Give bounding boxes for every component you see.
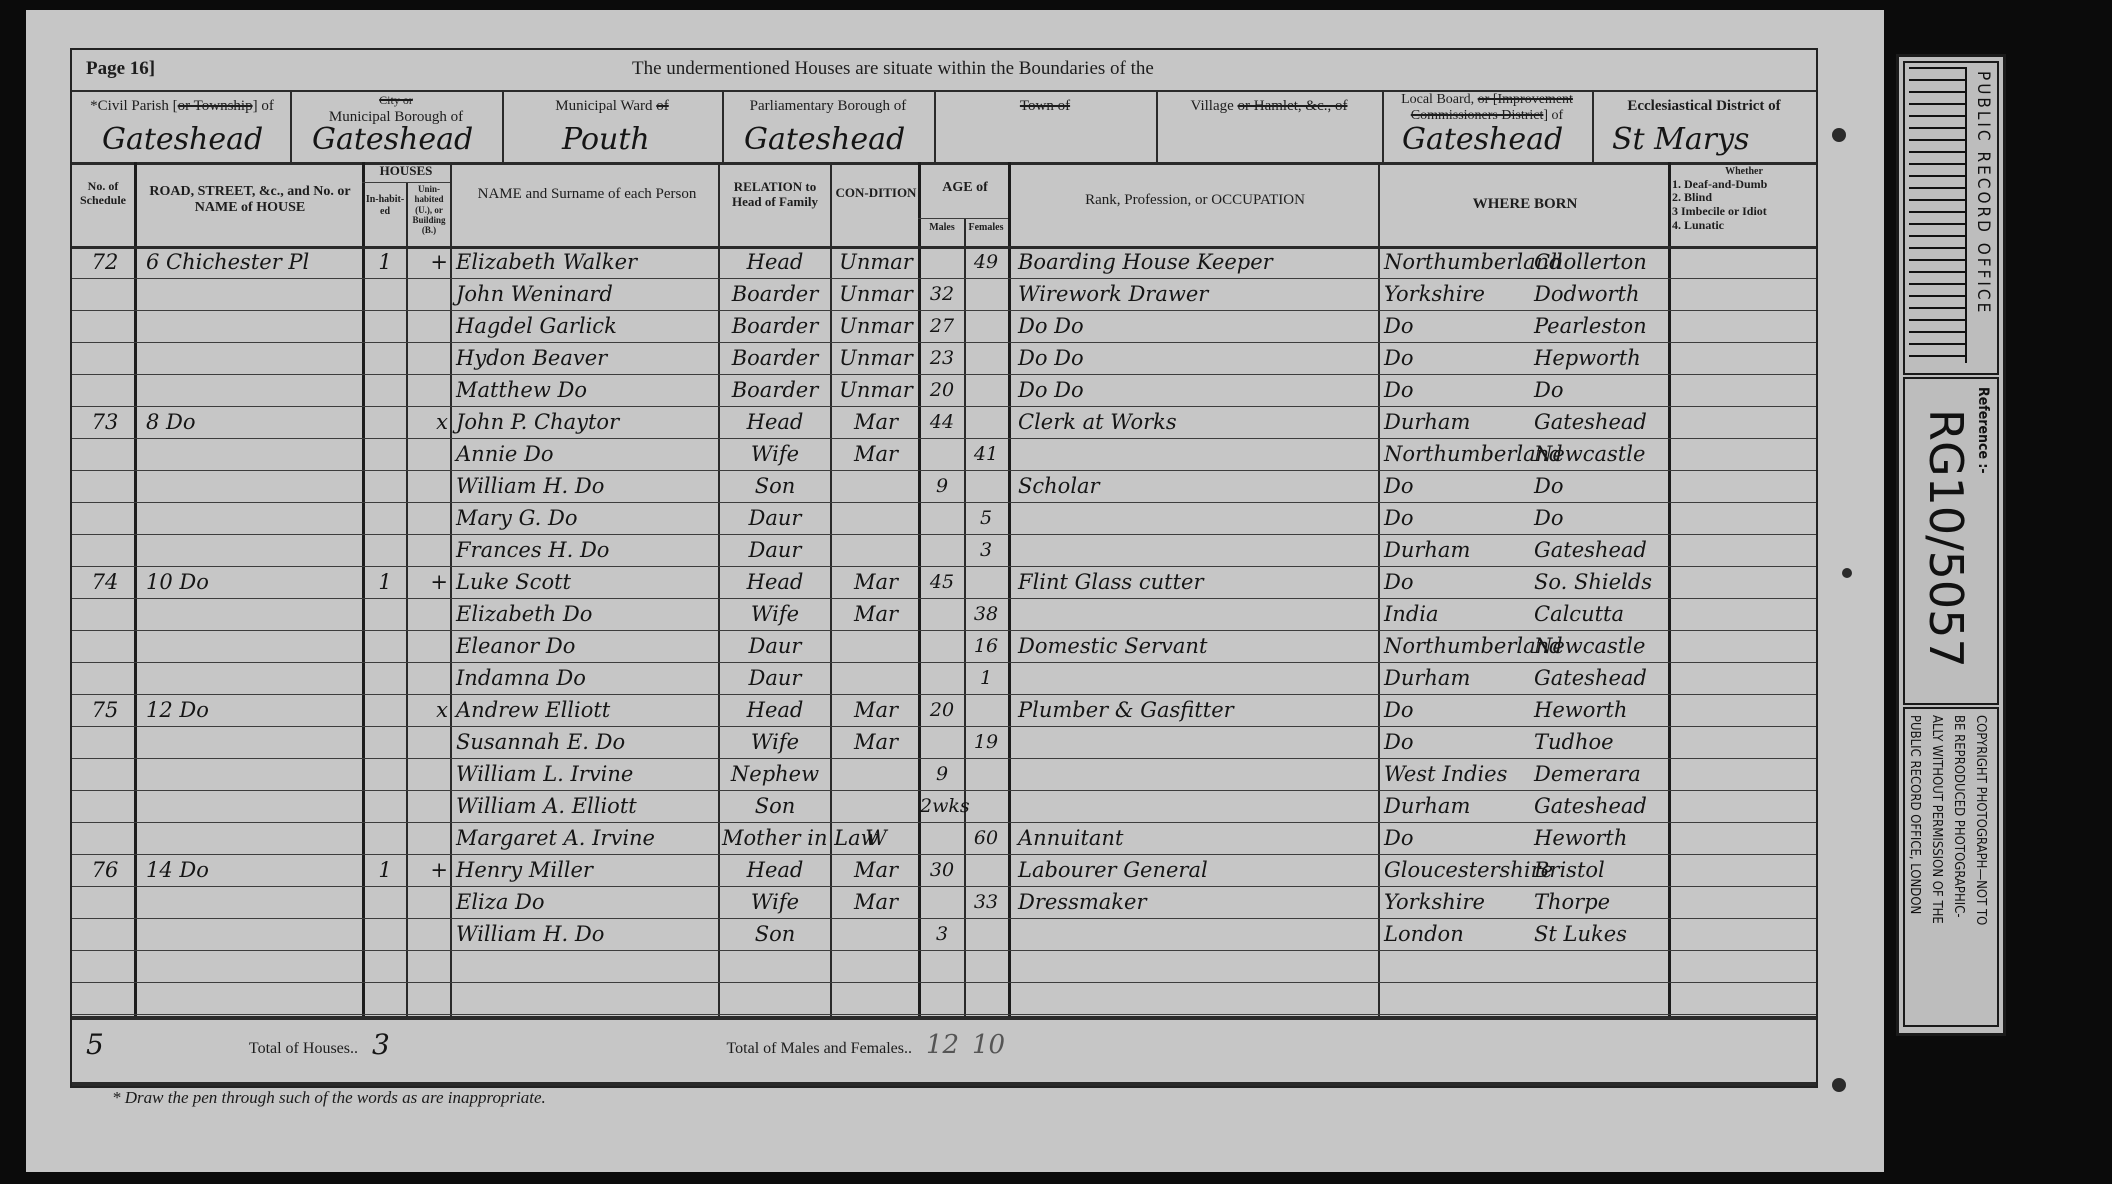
occupation-cell: Dressmaker [1018, 886, 1374, 918]
born-place-cell: Tudhoe [1534, 726, 1668, 758]
male-age-cell [920, 246, 964, 278]
born-place-cell: Heworth [1534, 822, 1668, 854]
condition-cell: Mar [834, 566, 918, 598]
condition-cell [834, 502, 918, 534]
schedule-cell [80, 374, 130, 406]
occupation-cell: Clerk at Works [1018, 406, 1374, 438]
total-males: 12 [926, 1030, 959, 1060]
boundary-ward-value: Pouth [562, 122, 650, 157]
name-cell: Elizabeth Walker [456, 246, 716, 278]
relation-cell: Daur [722, 630, 828, 662]
inhabited-cell [364, 598, 406, 630]
footnote: * Draw the pen through such of the words… [112, 1088, 546, 1108]
schedule-cell [80, 630, 130, 662]
relation-cell: Daur [722, 662, 828, 694]
road-cell [146, 438, 356, 470]
road-cell [146, 470, 356, 502]
occupation-cell [1018, 438, 1374, 470]
inhabited-cell [364, 470, 406, 502]
born-place-cell: Do [1534, 374, 1668, 406]
schedule-cell [80, 310, 130, 342]
schedule-cell [80, 470, 130, 502]
occupation-cell: Labourer General [1018, 854, 1374, 886]
male-age-cell [920, 502, 964, 534]
mark-cell [412, 598, 448, 630]
name-cell: Eleanor Do [456, 630, 716, 662]
mark-cell: x [412, 694, 448, 726]
schedule-cell: 72 [80, 246, 130, 278]
male-age-cell: 9 [920, 470, 964, 502]
boundary-civil-parish-label: *Civil Parish [or Township] of [74, 98, 290, 115]
female-age-cell: 3 [964, 534, 1008, 566]
female-age-cell [964, 406, 1008, 438]
name-cell: Indamna Do [456, 662, 716, 694]
row-line [72, 1014, 1816, 1015]
born-place-cell: So. Shields [1534, 566, 1668, 598]
occupation-cell: Do Do [1018, 374, 1374, 406]
condition-cell [834, 758, 918, 790]
road-cell [146, 822, 356, 854]
born-county-cell: Gloucestershire [1384, 854, 1534, 886]
inhabited-cell [364, 278, 406, 310]
binding-hole [1842, 568, 1852, 578]
name-cell: Matthew Do [456, 374, 716, 406]
name-cell: Mary G. Do [456, 502, 716, 534]
stamp-scale-section: PUBLIC RECORD OFFICE [1903, 61, 1999, 375]
born-county-cell: Northumberland [1384, 438, 1534, 470]
schedule-cell [80, 502, 130, 534]
page-heading: The undermentioned Houses are situate wi… [632, 58, 1432, 80]
female-age-cell: 49 [964, 246, 1008, 278]
col-divider [830, 162, 832, 1018]
occupation-cell [1018, 918, 1374, 950]
occupation-cell: Boarding House Keeper [1018, 246, 1374, 278]
boundary-town-label: Town of [934, 98, 1156, 115]
condition-cell [834, 630, 918, 662]
total-schedules: 5 [86, 1028, 104, 1061]
stamp-reference-label: Reference :- [1975, 387, 1991, 474]
name-cell: William A. Elliott [456, 790, 716, 822]
born-county-cell: Durham [1384, 662, 1534, 694]
binding-hole [1832, 128, 1846, 142]
born-county-cell: India [1384, 598, 1534, 630]
relation-cell: Boarder [722, 310, 828, 342]
stamp-reference-section: Reference :- RG10/5057 [1903, 377, 1999, 705]
road-cell [146, 662, 356, 694]
inhabited-cell [364, 758, 406, 790]
female-age-cell: 38 [964, 598, 1008, 630]
female-age-cell: 41 [964, 438, 1008, 470]
inhabited-cell: 1 [364, 246, 406, 278]
mark-cell [412, 662, 448, 694]
inhabited-cell [364, 630, 406, 662]
condition-cell: Mar [834, 438, 918, 470]
col-divider [1668, 162, 1671, 1018]
condition-cell [834, 470, 918, 502]
occupation-cell: Plumber & Gasfitter [1018, 694, 1374, 726]
occupation-cell [1018, 598, 1374, 630]
name-cell: Elizabeth Do [456, 598, 716, 630]
relation-cell: Daur [722, 534, 828, 566]
boundary-ecclesiastical-value: St Marys [1612, 122, 1749, 157]
col-header-females: Females [964, 222, 1008, 234]
schedule-cell: 74 [80, 566, 130, 598]
mark-cell [412, 278, 448, 310]
condition-cell: Unmar [834, 374, 918, 406]
divider [72, 1016, 1816, 1020]
born-place-cell: Hepworth [1534, 342, 1668, 374]
boundary-ecclesiastical-label: Ecclesiastical District of [1592, 98, 1816, 115]
total-houses-value: 3 [372, 1028, 390, 1061]
male-age-cell: 44 [920, 406, 964, 438]
col-divider [1008, 162, 1011, 1018]
relation-cell: Head [722, 246, 828, 278]
schedule-cell: 76 [80, 854, 130, 886]
occupation-cell: Do Do [1018, 310, 1374, 342]
stamp-ruler [1909, 67, 1967, 363]
condition-cell [834, 534, 918, 566]
female-age-cell [964, 918, 1008, 950]
divider [918, 218, 1008, 219]
born-county-cell: Yorkshire [1384, 886, 1534, 918]
born-county-cell: Durham [1384, 534, 1534, 566]
col-header-houses: HOUSES [362, 164, 450, 179]
born-county-cell: Do [1384, 726, 1534, 758]
schedule-cell [80, 758, 130, 790]
inhabited-cell [364, 310, 406, 342]
boundary-local-board-label: Local Board, or [Improvement Commissione… [1382, 92, 1592, 124]
born-county-cell: Do [1384, 310, 1534, 342]
inhabited-cell [364, 822, 406, 854]
born-county-cell: Durham [1384, 790, 1534, 822]
occupation-cell: Scholar [1018, 470, 1374, 502]
inhabited-cell [364, 694, 406, 726]
mark-cell [412, 886, 448, 918]
born-county-cell: Do [1384, 502, 1534, 534]
schedule-cell [80, 598, 130, 630]
row-line [72, 950, 1816, 951]
boundary-municipal-borough-value: Gateshead [312, 122, 473, 157]
condition-cell: W [834, 822, 918, 854]
name-cell: William H. Do [456, 918, 716, 950]
female-age-cell [964, 790, 1008, 822]
inhabited-cell [364, 502, 406, 534]
born-county-cell: Do [1384, 470, 1534, 502]
col-divider [406, 182, 408, 1016]
male-age-cell: 23 [920, 342, 964, 374]
male-age-cell [920, 534, 964, 566]
schedule-cell [80, 662, 130, 694]
col-header-schedule: No. of Schedule [72, 180, 134, 208]
female-age-cell [964, 470, 1008, 502]
born-place-cell: Demerara [1534, 758, 1668, 790]
inhabited-cell [364, 662, 406, 694]
occupation-cell: Do Do [1018, 342, 1374, 374]
male-age-cell: 2wks [920, 790, 964, 822]
relation-cell: Wife [722, 886, 828, 918]
born-place-cell: Thorpe [1534, 886, 1668, 918]
name-cell: Hydon Beaver [456, 342, 716, 374]
schedule-cell [80, 790, 130, 822]
divider [362, 182, 450, 183]
mark-cell: x [412, 406, 448, 438]
born-place-cell: Do [1534, 470, 1668, 502]
road-cell: 8 Do [146, 406, 356, 438]
occupation-cell [1018, 534, 1374, 566]
census-form: Page 16] The undermentioned Houses are s… [70, 48, 1818, 1088]
schedule-cell [80, 822, 130, 854]
schedule-cell [80, 886, 130, 918]
mark-cell [412, 790, 448, 822]
female-age-cell: 5 [964, 502, 1008, 534]
male-age-cell [920, 630, 964, 662]
female-age-cell [964, 342, 1008, 374]
born-place-cell: Gateshead [1534, 662, 1668, 694]
col-header-inhabited: In-habit-ed [364, 194, 406, 217]
relation-cell: Wife [722, 438, 828, 470]
total-persons-label: Total of Males and Females.. [472, 1040, 912, 1058]
boundary-civil-parish-value: Gateshead [102, 122, 263, 157]
schedule-cell [80, 342, 130, 374]
road-cell [146, 278, 356, 310]
relation-cell: Son [722, 790, 828, 822]
male-age-cell [920, 598, 964, 630]
road-cell [146, 534, 356, 566]
born-county-cell: Durham [1384, 406, 1534, 438]
male-age-cell: 3 [920, 918, 964, 950]
female-age-cell [964, 566, 1008, 598]
occupation-cell [1018, 662, 1374, 694]
road-cell [146, 790, 356, 822]
male-age-cell: 32 [920, 278, 964, 310]
born-place-cell: St Lukes [1534, 918, 1668, 950]
condition-cell: Mar [834, 726, 918, 758]
mark-cell: + [412, 246, 448, 278]
page-number: Page 16] [86, 58, 155, 80]
divider [72, 1082, 1816, 1086]
born-county-cell: Do [1384, 566, 1534, 598]
female-age-cell: 1 [964, 662, 1008, 694]
born-place-cell: Calcutta [1534, 598, 1668, 630]
relation-cell: Wife [722, 726, 828, 758]
col-header-age: AGE of [922, 180, 1008, 196]
born-county-cell: Do [1384, 822, 1534, 854]
col-header-condition: CON-DITION [834, 186, 918, 201]
condition-cell: Mar [834, 886, 918, 918]
born-place-cell: Gateshead [1534, 406, 1668, 438]
relation-cell: Head [722, 566, 828, 598]
total-houses-label: Total of Houses.. [142, 1040, 358, 1058]
male-age-cell [920, 822, 964, 854]
occupation-cell: Wirework Drawer [1018, 278, 1374, 310]
relation-cell: Head [722, 694, 828, 726]
male-age-cell: 45 [920, 566, 964, 598]
mark-cell [412, 918, 448, 950]
female-age-cell [964, 374, 1008, 406]
born-place-cell: Bristol [1534, 854, 1668, 886]
born-place-cell: Heworth [1534, 694, 1668, 726]
binding-hole [1832, 1078, 1846, 1092]
occupation-cell: Annuitant [1018, 822, 1374, 854]
col-header-relation: RELATION to Head of Family [722, 180, 828, 210]
col-header-infirmity: Whether 1. Deaf-and-Dumb 2. Blind 3 Imbe… [1672, 166, 1816, 233]
relation-cell: Head [722, 854, 828, 886]
road-cell [146, 342, 356, 374]
relation-cell: Mother in Law [722, 822, 828, 854]
condition-cell: Mar [834, 598, 918, 630]
schedule-cell [80, 278, 130, 310]
condition-cell [834, 662, 918, 694]
born-place-cell: Chollerton [1534, 246, 1668, 278]
relation-cell: Daur [722, 502, 828, 534]
road-cell [146, 374, 356, 406]
name-cell: Eliza Do [456, 886, 716, 918]
born-county-cell: Do [1384, 374, 1534, 406]
female-age-cell: 16 [964, 630, 1008, 662]
mark-cell: + [412, 566, 448, 598]
row-line [72, 982, 1816, 983]
boundary-local-board-value: Gateshead [1402, 122, 1563, 157]
col-header-occupation: Rank, Profession, or OCCUPATION [1012, 192, 1378, 209]
census-sheet: Page 16] The undermentioned Houses are s… [26, 10, 1884, 1172]
mark-cell: + [412, 854, 448, 886]
condition-cell: Unmar [834, 310, 918, 342]
name-cell: Susannah E. Do [456, 726, 716, 758]
male-age-cell: 20 [920, 374, 964, 406]
relation-cell: Boarder [722, 278, 828, 310]
col-divider [718, 162, 720, 1018]
name-cell: Henry Miller [456, 854, 716, 886]
born-place-cell: Dodworth [1534, 278, 1668, 310]
road-cell [146, 758, 356, 790]
occupation-cell: Domestic Servant [1018, 630, 1374, 662]
born-county-cell: Yorkshire [1384, 278, 1534, 310]
occupation-cell [1018, 726, 1374, 758]
inhabited-cell [364, 438, 406, 470]
inhabited-cell [364, 790, 406, 822]
inhabited-cell [364, 918, 406, 950]
born-place-cell: Newcastle [1534, 438, 1668, 470]
female-age-cell [964, 310, 1008, 342]
relation-cell: Nephew [722, 758, 828, 790]
road-cell: 10 Do [146, 566, 356, 598]
mark-cell [412, 758, 448, 790]
road-cell [146, 502, 356, 534]
name-cell: Annie Do [456, 438, 716, 470]
born-place-cell: Gateshead [1534, 534, 1668, 566]
name-cell: Andrew Elliott [456, 694, 716, 726]
stamp-copyright-section: COPYRIGHT PHOTOGRAPH—NOT TOBE REPRODUCED… [1903, 707, 1999, 1027]
mark-cell [412, 438, 448, 470]
name-cell: Frances H. Do [456, 534, 716, 566]
male-age-cell: 9 [920, 758, 964, 790]
female-age-cell [964, 278, 1008, 310]
male-age-cell [920, 438, 964, 470]
occupation-cell: Flint Glass cutter [1018, 566, 1374, 598]
col-divider [134, 162, 137, 1018]
condition-cell: Unmar [834, 278, 918, 310]
born-county-cell: Do [1384, 694, 1534, 726]
relation-cell: Boarder [722, 342, 828, 374]
female-age-cell: 19 [964, 726, 1008, 758]
boundary-ward-label: Municipal Ward of [502, 98, 722, 115]
boundary-village-label: Village or Hamlet, &c., of [1156, 98, 1382, 115]
name-cell: Margaret A. Irvine [456, 822, 716, 854]
road-cell [146, 630, 356, 662]
condition-cell [834, 918, 918, 950]
born-county-cell: Northumberland [1384, 630, 1534, 662]
col-divider [450, 162, 452, 1018]
born-county-cell: London [1384, 918, 1534, 950]
relation-cell: Boarder [722, 374, 828, 406]
male-age-cell: 27 [920, 310, 964, 342]
boundary-parliamentary-label: Parliamentary Borough of [722, 98, 934, 115]
male-age-cell [920, 662, 964, 694]
road-cell [146, 726, 356, 758]
col-header-males: Males [920, 222, 964, 234]
col-header-uninhabited: Unin-habited (U.), or Building (B.) [408, 184, 450, 236]
name-cell: William L. Irvine [456, 758, 716, 790]
occupation-cell [1018, 502, 1374, 534]
inhabited-cell [364, 534, 406, 566]
born-county-cell: Do [1384, 342, 1534, 374]
relation-cell: Wife [722, 598, 828, 630]
male-age-cell [920, 886, 964, 918]
mark-cell [412, 310, 448, 342]
stamp-reference-value: RG10/5057 [1919, 409, 1973, 668]
condition-cell: Unmar [834, 342, 918, 374]
male-age-cell [920, 726, 964, 758]
relation-cell: Son [722, 918, 828, 950]
stamp-title: PUBLIC RECORD OFFICE [1973, 71, 1993, 315]
female-age-cell [964, 758, 1008, 790]
road-cell: 6 Chichester Pl [146, 246, 356, 278]
inhabited-cell [364, 374, 406, 406]
condition-cell [834, 790, 918, 822]
inhabited-cell: 1 [364, 854, 406, 886]
road-cell [146, 310, 356, 342]
schedule-cell: 75 [80, 694, 130, 726]
boundary-parliamentary-value: Gateshead [744, 122, 905, 157]
male-age-cell: 20 [920, 694, 964, 726]
born-place-cell: Gateshead [1534, 790, 1668, 822]
name-cell: William H. Do [456, 470, 716, 502]
mark-cell [412, 374, 448, 406]
inhabited-cell [364, 406, 406, 438]
road-cell [146, 918, 356, 950]
divider [72, 162, 1816, 165]
female-age-cell: 60 [964, 822, 1008, 854]
born-place-cell: Pearleston [1534, 310, 1668, 342]
road-cell [146, 598, 356, 630]
relation-cell: Head [722, 406, 828, 438]
road-cell: 12 Do [146, 694, 356, 726]
schedule-cell [80, 726, 130, 758]
schedule-cell [80, 918, 130, 950]
female-age-cell: 33 [964, 886, 1008, 918]
mark-cell [412, 534, 448, 566]
male-age-cell: 30 [920, 854, 964, 886]
name-cell: Luke Scott [456, 566, 716, 598]
col-divider [1378, 162, 1380, 1018]
name-cell: John Weninard [456, 278, 716, 310]
mark-cell [412, 502, 448, 534]
born-place-cell: Newcastle [1534, 630, 1668, 662]
public-record-office-stamp: PUBLIC RECORD OFFICE Reference :- RG10/5… [1896, 54, 2006, 1036]
condition-cell: Unmar [834, 246, 918, 278]
born-county-cell: Northumberland [1384, 246, 1534, 278]
name-cell: John P. Chaytor [456, 406, 716, 438]
